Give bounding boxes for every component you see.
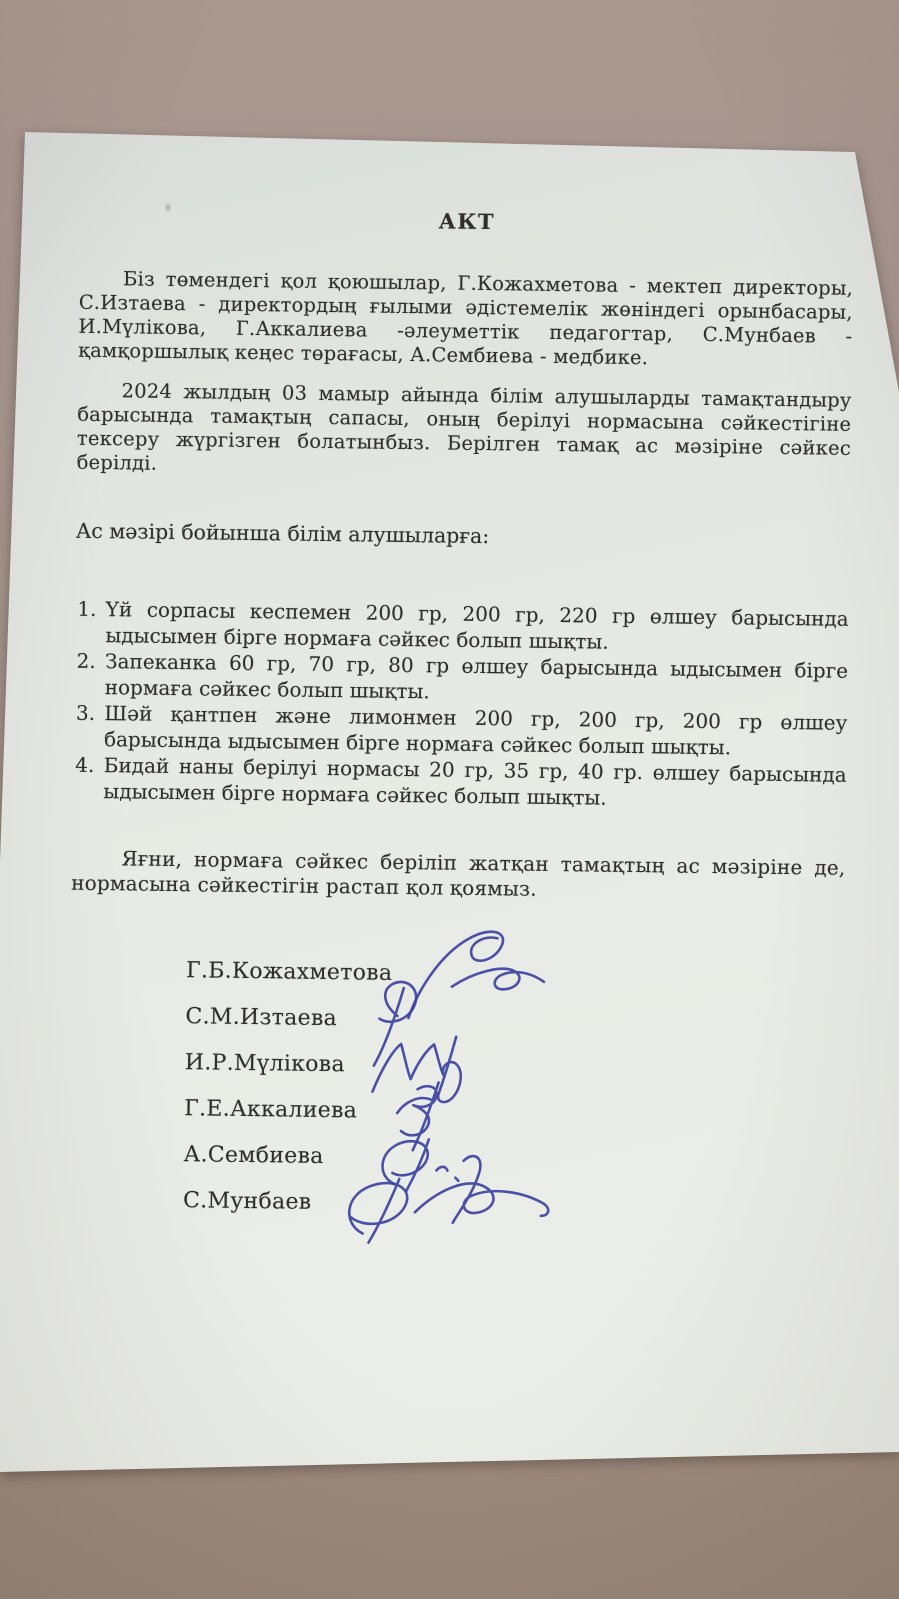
signatory-row: Г.Б.Кожахметова (186, 947, 807, 1001)
document-title: АКТ (80, 203, 854, 241)
finding-item-4: Бидай наны берілуі нормасы 20 гр, 35 гр,… (100, 752, 847, 814)
photo-of-document: АКТ Біз төмендегі қол қоюшылар, Г.Кожахм… (0, 0, 899, 1599)
signatory-row: Г.Е.Аккалиева (184, 1085, 805, 1139)
paragraph-signatories-intro: Біз төмендегі қол қоюшылар, Г.Кожахметов… (78, 267, 853, 373)
document-content: АКТ Біз төмендегі қол қоюшылар, Г.Кожахм… (11, 132, 857, 1232)
signatory-name: Г.Б.Кожахметова (186, 958, 393, 986)
findings-list: Үй сорпасы кеспемен 200 гр, 200 гр, 220 … (72, 596, 849, 814)
signatory-row: С.Мунбаев (183, 1177, 804, 1231)
signatory-row: И.Р.Мүлікова (185, 1039, 806, 1093)
signature-block: Г.Б.Кожахметова С.М.Изтаева И.Р.Мүлікова (183, 947, 807, 1231)
signatory-name: И.Р.Мүлікова (185, 1050, 345, 1077)
signatory-name: С.М.Изтаева (185, 1004, 337, 1031)
signatory-name: Г.Е.Аккалиева (184, 1096, 357, 1123)
signatory-row: А.Сембиева (183, 1131, 804, 1185)
signatory-row: С.М.Изтаева (185, 993, 806, 1047)
paper-sheet: АКТ Біз төмендегі қол қоюшылар, Г.Кожахм… (0, 0, 899, 1599)
signatory-name: С.Мунбаев (183, 1188, 312, 1215)
paragraph-inspection: 2024 жылдың 03 мамыр айында білім алушыл… (77, 379, 852, 485)
signatory-name: А.Сембиева (183, 1142, 323, 1169)
paper-shadow: АКТ Біз төмендегі қол қоюшылар, Г.Кожахм… (0, 0, 899, 1599)
menu-heading: Ас мәзірі бойынша білім алушыларға: (76, 519, 850, 554)
paragraph-closing: Яғни, нормаға сәйкес беріліп жатқан тама… (71, 846, 846, 906)
